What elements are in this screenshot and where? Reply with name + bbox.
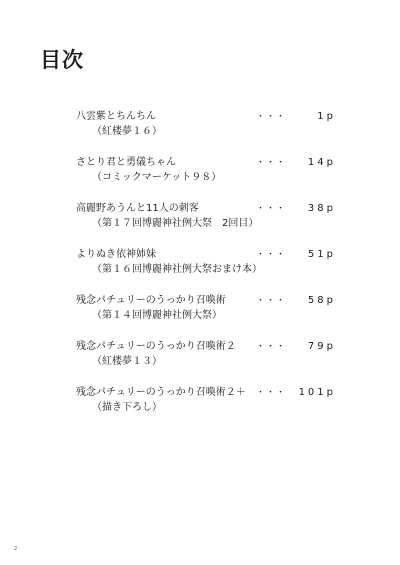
toc-entry: さとり君と勇儀ちゃん ・・・ 14p （コミックマーケット９８） (76, 153, 336, 183)
entry-title: 残念パチュリーのうっかり召喚術 (76, 291, 256, 306)
entry-source: （紅楼夢１３） (76, 352, 336, 367)
toc-entry: 残念パチュリーのうっかり召喚術２＋ ・・・ 101p （描き下ろし） (76, 383, 336, 413)
toc-entry: 残念パチュリーのうっかり召喚術 ・・・ 58p （第１４回博麗神社例大祭） (76, 291, 336, 321)
page-title: 目次 (40, 44, 84, 74)
table-of-contents: 八雲紫とちんちん ・・・ 1p （紅楼夢１６） さとり君と勇儀ちゃん ・・・ 1… (76, 107, 336, 429)
toc-entry: よりぬき依神姉妹 ・・・ 51p （第１６回博麗神社例大祭おまけ本） (76, 245, 336, 275)
entry-leader: ・・・ (256, 385, 296, 398)
entry-title: よりぬき依神姉妹 (76, 245, 256, 260)
page-number: 2 (14, 546, 17, 552)
entry-leader: ・・・ (256, 201, 296, 214)
entry-page: 14p (296, 157, 336, 168)
entry-source: （第１６回博麗神社例大祭おまけ本） (76, 260, 336, 275)
entry-leader: ・・・ (256, 109, 296, 122)
entry-page: 79p (296, 341, 336, 352)
entry-page: 38p (296, 203, 336, 214)
entry-title: 高麗野あうんと11人の刺客 (76, 199, 256, 214)
entry-title: 残念パチュリーのうっかり召喚術２ (76, 337, 256, 352)
toc-entry: 八雲紫とちんちん ・・・ 1p （紅楼夢１６） (76, 107, 336, 137)
entry-source: （第１７回博麗神社例大祭 2回目） (76, 214, 336, 229)
toc-entry: 高麗野あうんと11人の刺客 ・・・ 38p （第１７回博麗神社例大祭 2回目） (76, 199, 336, 229)
entry-title: 八雲紫とちんちん (76, 107, 256, 122)
entry-page: 51p (296, 249, 336, 260)
entry-page: 1p (296, 111, 336, 122)
toc-entry: 残念パチュリーのうっかり召喚術２ ・・・ 79p （紅楼夢１３） (76, 337, 336, 367)
entry-leader: ・・・ (256, 339, 296, 352)
entry-source: （紅楼夢１６） (76, 122, 336, 137)
entry-page: 58p (296, 295, 336, 306)
entry-source: （コミックマーケット９８） (76, 168, 336, 183)
entry-title: さとり君と勇儀ちゃん (76, 153, 256, 168)
entry-source: （第１４回博麗神社例大祭） (76, 306, 336, 321)
entry-leader: ・・・ (256, 293, 296, 306)
entry-title: 残念パチュリーのうっかり召喚術２＋ (76, 383, 256, 398)
entry-source: （描き下ろし） (76, 398, 336, 413)
entry-leader: ・・・ (256, 247, 296, 260)
entry-page: 101p (296, 387, 336, 398)
entry-leader: ・・・ (256, 155, 296, 168)
